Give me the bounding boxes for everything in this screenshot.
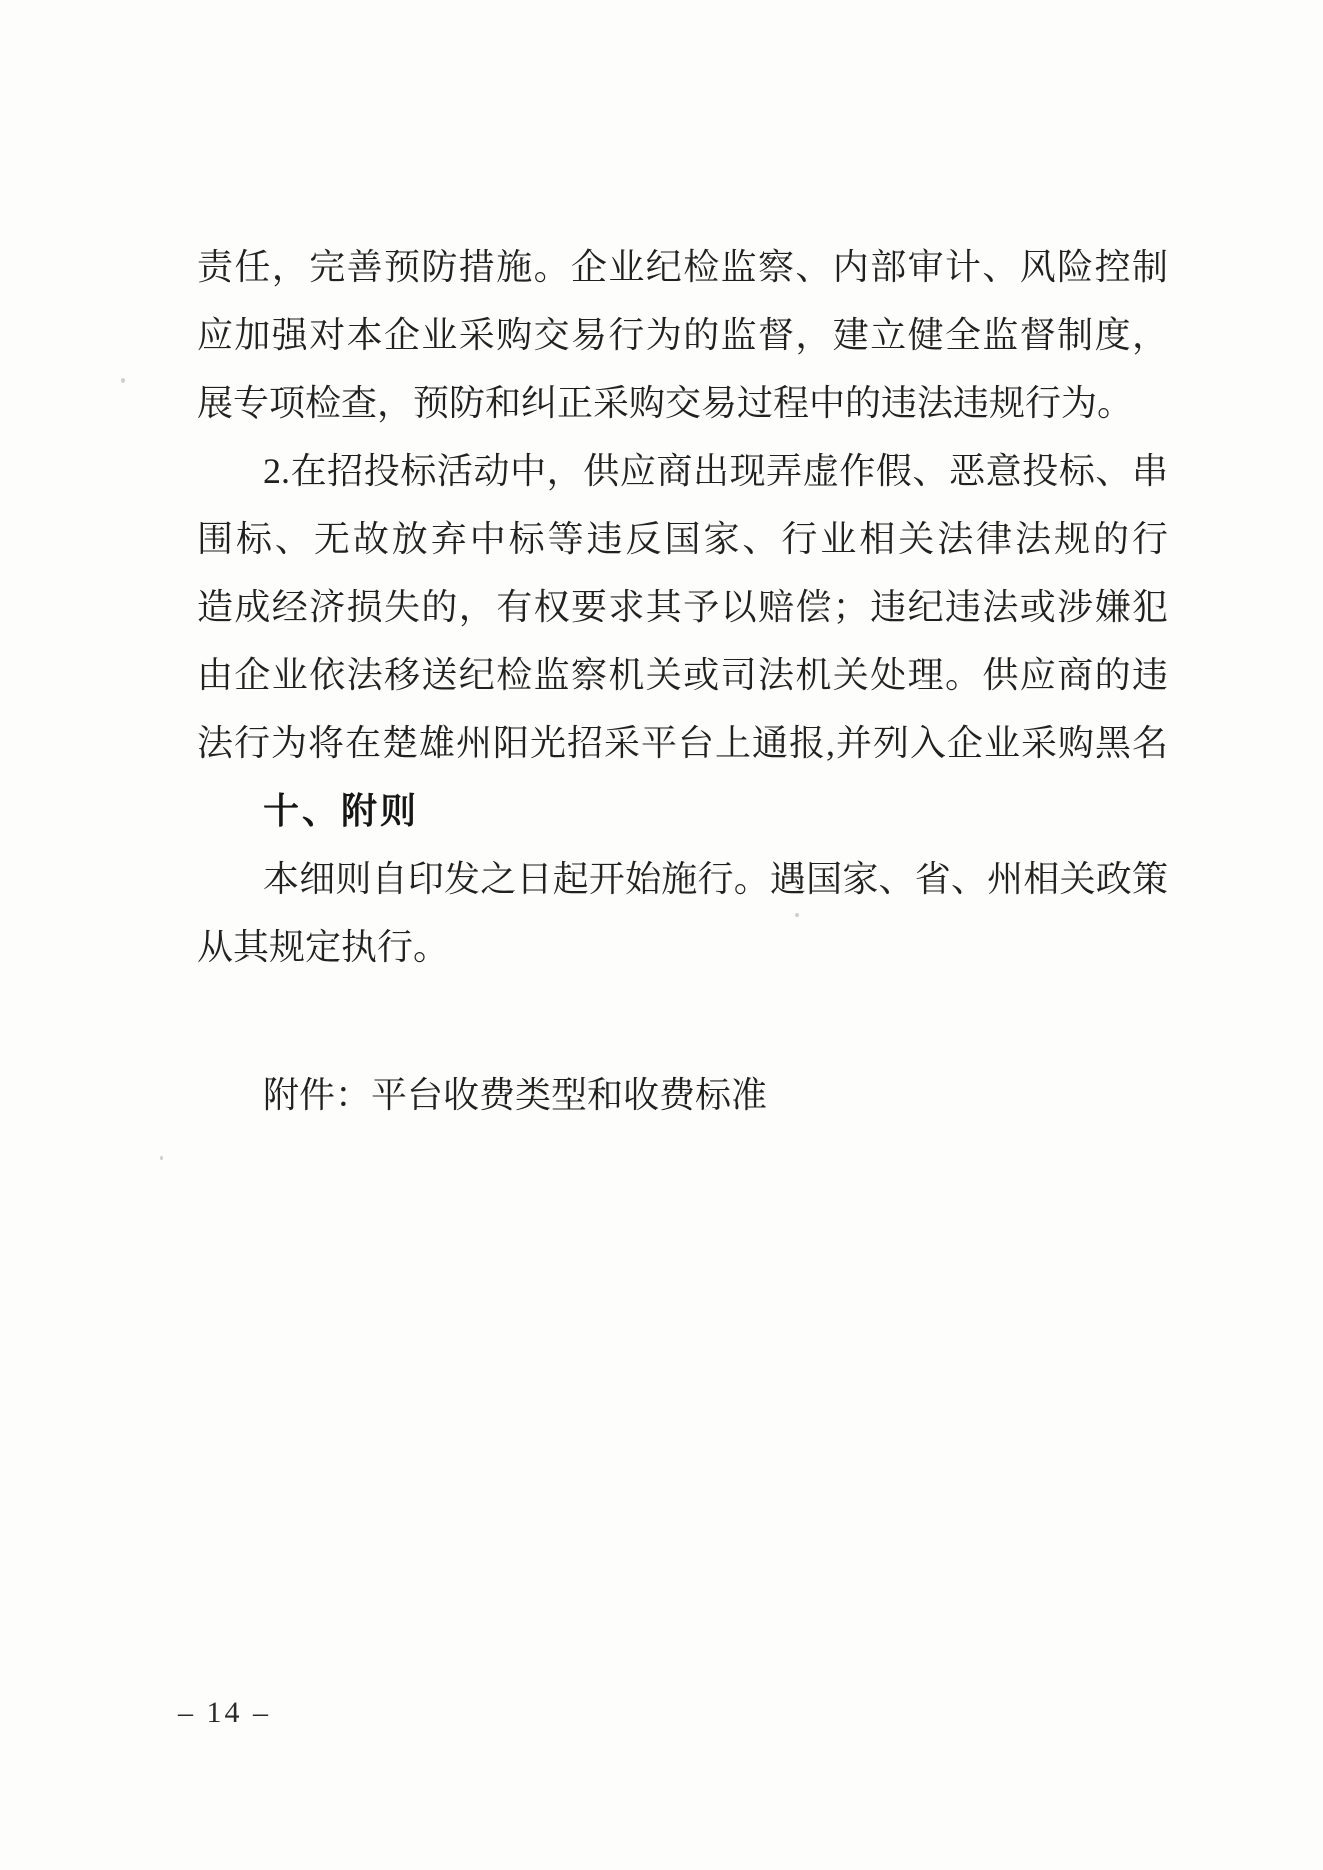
body-line: 造成经济损失的，有权要求其予以赔偿；违纪违法或涉嫌犯罪的， <box>197 573 1168 641</box>
body-line: 由企业依法移送纪检监察机关或司法机关处理。供应商的违规违 <box>197 641 1168 709</box>
document-body: 责任，完善预防措施。企业纪检监察、内部审计、风险控制等部门 应加强对本企业采购交… <box>197 233 1168 1129</box>
body-line: 责任，完善预防措施。企业纪检监察、内部审计、风险控制等部门 <box>197 233 1168 301</box>
body-line: 2.在招投标活动中，供应商出现弄虚作假、恶意投标、串标、 <box>197 437 1168 505</box>
attachment-line: 附件：平台收费类型和收费标准 <box>197 1061 1168 1129</box>
scan-speck <box>160 1156 163 1160</box>
page-number: – 14 – <box>178 1696 271 1730</box>
scan-speck <box>121 378 125 383</box>
body-line: 展专项检查，预防和纠正采购交易过程中的违法违规行为。 <box>197 369 1168 437</box>
body-line: 围标、无故放弃中标等违反国家、行业相关法律法规的行为，若 <box>197 505 1168 573</box>
section-heading: 十、附则 <box>197 777 1168 845</box>
body-line: 本细则自印发之日起开始施行。遇国家、省、州相关政策调整 <box>197 845 1168 913</box>
scan-speck <box>795 913 799 917</box>
document-page: 责任，完善预防措施。企业纪检监察、内部审计、风险控制等部门 应加强对本企业采购交… <box>0 0 1323 1870</box>
body-line: 法行为将在楚雄州阳光招采平台上通报,并列入企业采购黑名单。 <box>197 709 1168 777</box>
body-line: 应加强对本企业采购交易行为的监督，建立健全监督制度，组织开 <box>197 301 1168 369</box>
body-line: 从其规定执行。 <box>197 913 1168 981</box>
